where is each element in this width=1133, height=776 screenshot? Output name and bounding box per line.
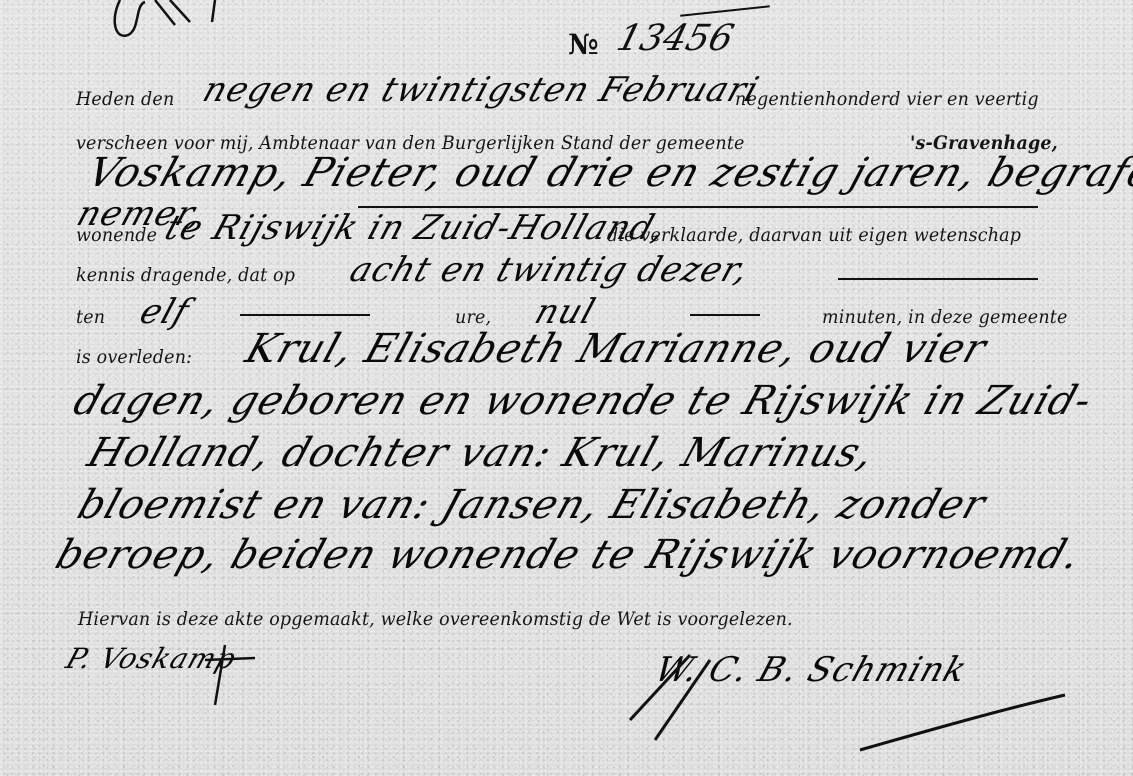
printed-kennis-dragende: kennis dragende, dat op — [76, 264, 295, 286]
handwritten-mother: bloemist en van: Jansen, Elisabeth, zond… — [72, 482, 992, 528]
printed-minuten: minuten, in deze gemeente — [822, 306, 1067, 328]
handwritten-parents-residence: beroep, beiden wonende te Rijswijk voorn… — [50, 532, 1087, 578]
handwritten-deceased-name: Krul, Elisabeth Marianne, oud vier — [240, 326, 992, 372]
printed-heden-den: Heden den — [76, 88, 174, 110]
printed-verklaarde: die verklaarde, daarvan uit eigen wetens… — [607, 224, 1021, 246]
signature-registrar-underline — [600, 650, 1080, 760]
number-sign: № — [568, 28, 598, 61]
printed-year: negentienhonderd vier en veertig — [735, 88, 1039, 110]
certificate-number: 13456 — [613, 18, 739, 59]
handwritten-death-date: acht en twintig dezer, — [345, 250, 754, 290]
fill-rule-minutes — [690, 314, 760, 316]
signature-declarant-flourish — [55, 640, 265, 710]
printed-wonende: wonende — [76, 224, 157, 246]
top-flourish-signature — [100, 0, 280, 45]
handwritten-birth-residence: dagen, geboren en wonende te Rijswijk in… — [68, 378, 1098, 424]
printed-ten: ten — [76, 306, 105, 328]
fill-rule-date — [838, 278, 1038, 280]
printed-closing-statement: Hiervan is deze akte opgemaakt, welke ov… — [78, 608, 793, 630]
handwritten-day-month: negen en twintigsten Februari — [198, 70, 764, 110]
handwritten-father: Holland, dochter van: Krul, Marinus, — [82, 430, 880, 476]
printed-is-overleden: is overleden: — [76, 346, 192, 368]
handwritten-declarant: Voskamp, Pieter, oud drie en zestig jare… — [82, 150, 1133, 196]
handwritten-residence: te Rijswijk in Zuid-Holland, — [160, 208, 672, 248]
fill-rule-hour — [240, 314, 370, 316]
printed-ure: ure, — [455, 306, 491, 328]
